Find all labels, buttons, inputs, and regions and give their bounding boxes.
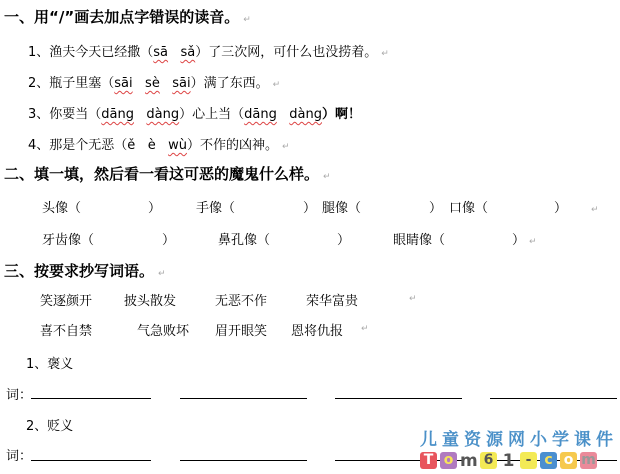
logo-letter-icon: 6: [480, 452, 497, 469]
word-label: 词：: [6, 445, 32, 464]
section3-title: 三、按要求抄写词语。↵: [4, 260, 166, 281]
logo-letter-icon: -: [520, 452, 537, 469]
logo-letter-icon: m: [460, 451, 477, 471]
label-eyes: 眼睛像（: [393, 233, 445, 248]
question-1-3: 3、你要当（dāng dàng）心上当（dāng dàng）啊！: [28, 103, 361, 122]
logo-letter-icon: c: [540, 452, 557, 469]
pinyin-option[interactable]: sǎ: [180, 45, 195, 60]
q3-suffix: ）啊！: [322, 107, 361, 122]
fill-hand-close: ）: [303, 197, 316, 216]
pinyin-option[interactable]: ě: [127, 138, 135, 153]
section2-title: 二、填一填，然后看一看这可恶的魔鬼什么样。↵: [4, 163, 331, 184]
section1-title: 一、用“/”画去加点字错误的读音。↵: [4, 6, 251, 27]
watermark-logo: Tom61-com: [420, 450, 600, 471]
section2-title-text: 二、填一填，然后看一看这可恶的魔鬼什么样。: [4, 165, 319, 183]
question-1-2: 2、瓶子里塞（sāi sè sāi）满了东西。↵: [28, 72, 280, 91]
q3-prefix: 3、你要当（: [28, 107, 101, 122]
fill-eyes-close: ）↵: [512, 229, 537, 248]
pinyin-option[interactable]: sāi: [172, 76, 190, 91]
label-teeth: 牙齿像（: [42, 233, 94, 248]
q2-suffix: ）满了东西。: [191, 76, 269, 91]
question-1-1: 1、渔夫今天已经撒（sā sǎ）了三次网，可什么也没捞着。↵: [28, 41, 389, 60]
paren-close: ）: [429, 201, 442, 216]
pinyin-option[interactable]: sā: [153, 45, 168, 60]
label-hand: 手像（: [196, 201, 235, 216]
word-3: 无恶不作: [215, 290, 267, 309]
fill-nose-close: ）: [337, 229, 350, 248]
logo-letter-icon: m: [580, 452, 597, 469]
paren-close: ）: [337, 233, 350, 248]
section3-title-text: 三、按要求抄写词语。: [4, 262, 154, 280]
fill-teeth: 牙齿像（: [42, 229, 94, 248]
pinyin-option[interactable]: dāng: [101, 107, 134, 122]
paragraph-mark-icon: ↵: [591, 205, 599, 215]
subheading-derogatory: 2、贬义: [26, 415, 73, 434]
logo-letter-icon: o: [560, 452, 577, 469]
word-4: 荣华富贵: [306, 290, 358, 309]
paragraph-mark-icon: ↵: [529, 237, 537, 247]
paragraph-mark-icon: ↵: [323, 172, 331, 182]
question-1-4: 4、那是个无恶（ě è wù）不作的凶神。↵: [28, 134, 290, 153]
word-7: 眉开眼笑: [215, 320, 267, 339]
pinyin-option[interactable]: dāng: [244, 107, 277, 122]
pinyin-option[interactable]: wù: [168, 138, 187, 153]
label-head: 头像（: [42, 201, 81, 216]
word-8: 恩将仇报: [291, 320, 343, 339]
word-6: 气急败坏: [137, 320, 189, 339]
fill-mouth-close: ）↵: [554, 197, 599, 216]
pinyin-option[interactable]: sāi: [114, 76, 132, 91]
subheading-commendatory: 1、褒义: [26, 353, 73, 372]
answer-blank-2[interactable]: [180, 398, 307, 399]
answer-blank-4[interactable]: [490, 398, 617, 399]
paren-close: ）: [148, 201, 161, 216]
fill-mouth: 口像（: [449, 197, 488, 216]
watermark: 儿童资源网小学课件: [420, 425, 618, 450]
paren-close: ）: [554, 201, 567, 216]
paragraph-mark-icon: ↵: [158, 269, 166, 279]
word-label: 词：: [6, 384, 32, 403]
logo-letter-icon: o: [440, 452, 457, 469]
pinyin-option[interactable]: è: [148, 138, 156, 153]
label-nose: 鼻孔像（: [218, 233, 270, 248]
pinyin-option[interactable]: dàng: [289, 107, 322, 122]
pinyin-option[interactable]: sè: [145, 76, 160, 91]
fill-leg: 腿像（: [322, 197, 361, 216]
watermark-text: 儿童资源网小学课件: [420, 425, 618, 450]
paragraph-mark-icon: ↵: [243, 15, 251, 25]
paren-close: ）: [162, 233, 175, 248]
paren-close: ）: [512, 233, 525, 248]
fill-leg-close: ）: [429, 197, 442, 216]
word-2: 披头散发: [124, 290, 176, 309]
fill-teeth-close: ）: [162, 229, 175, 248]
paragraph-mark-icon: ↵: [381, 49, 389, 59]
paragraph-mark-icon: ↵: [282, 142, 290, 152]
answer-blank-5[interactable]: [31, 460, 151, 461]
word-5: 喜不自禁: [40, 320, 92, 339]
q1-suffix: ）了三次网，可什么也没捞着。: [195, 45, 377, 60]
paren-close: ）: [303, 201, 316, 216]
q3-middle: ）心上当（: [179, 107, 244, 122]
paragraph-mark-icon: ↵: [361, 324, 369, 334]
q1-prefix: 1、渔夫今天已经撒（: [28, 45, 153, 60]
q2-prefix: 2、瓶子里塞（: [28, 76, 114, 91]
word-1: 笑逐颜开: [40, 290, 92, 309]
q4-prefix: 4、那是个无恶（: [28, 138, 127, 153]
logo-letter-icon: 1: [500, 451, 517, 471]
answer-blank-6[interactable]: [180, 460, 307, 461]
logo-letter-icon: T: [420, 452, 437, 469]
label-mouth: 口像（: [449, 201, 488, 216]
fill-hand: 手像（: [196, 197, 235, 216]
label-leg: 腿像（: [322, 201, 361, 216]
fill-eyes: 眼睛像（: [393, 229, 445, 248]
paragraph-mark-icon: ↵: [357, 320, 369, 335]
answer-blank-3[interactable]: [335, 398, 462, 399]
paragraph-mark-icon: ↵: [405, 290, 417, 305]
paragraph-mark-icon: ↵: [409, 294, 417, 304]
paragraph-mark-icon: ↵: [273, 80, 281, 90]
fill-head-close: ）: [148, 197, 161, 216]
answer-blank-1[interactable]: [31, 398, 151, 399]
section1-title-text: 一、用“/”画去加点字错误的读音。: [4, 8, 239, 26]
fill-nose: 鼻孔像（: [218, 229, 270, 248]
fill-head: 头像（: [42, 197, 81, 216]
pinyin-option[interactable]: dàng: [146, 107, 179, 122]
q4-suffix: ）不作的凶神。: [187, 138, 278, 153]
